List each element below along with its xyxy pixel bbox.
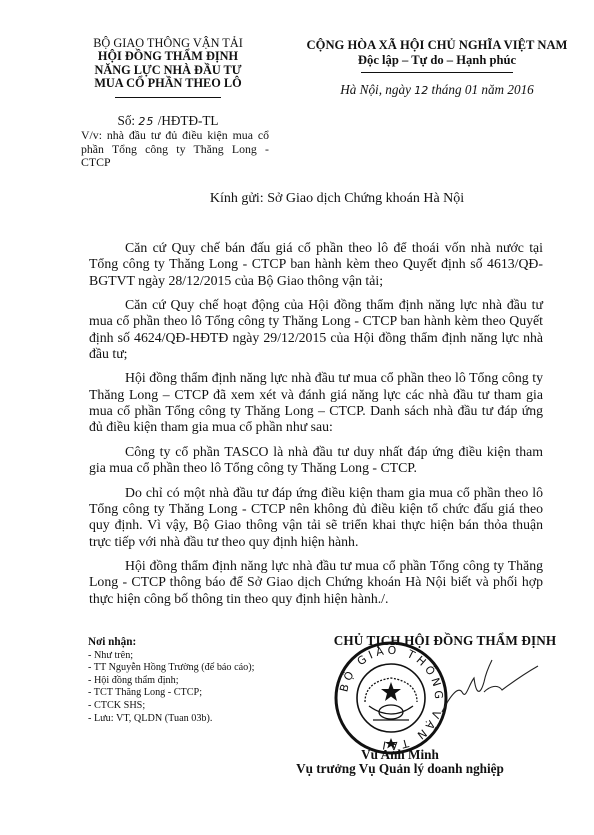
recipients-list: Nơi nhận: - Như trên; - TT Nguyễn Hồng T… <box>88 636 308 725</box>
recipient-item: - Lưu: VT, QLDN (Tuan 03b). <box>88 713 308 726</box>
number-prefix: Số: <box>118 113 136 128</box>
recipient-item: - Hội đồng thẩm định; <box>88 675 308 688</box>
addressee: Kính gửi: Sở Giao dịch Chứng khoán Hà Nộ… <box>80 191 594 207</box>
header-right-divider <box>361 72 513 73</box>
recipient-item: - Như trên; <box>88 650 308 663</box>
body-paragraph: Do chỉ có một nhà đầu tư đáp ứng điều ki… <box>89 485 543 550</box>
national-motto: Độc lập – Tự do – Hạnh phúc <box>280 53 594 68</box>
body-paragraph: Hội đồng thẩm định năng lực nhà đầu tư m… <box>89 370 543 435</box>
document-subject: V/v: nhà đầu tư đủ điều kiện mua cổ phần… <box>81 129 269 170</box>
header-left-divider <box>115 97 221 98</box>
date-line: Hà Nội, ngày 12 tháng 01 năm 2016 <box>280 82 594 98</box>
handwritten-day: 12 <box>414 84 428 97</box>
signatory-position: Vụ trưởng Vụ Quản lý doanh nghiệp <box>296 761 504 777</box>
national-header: CỘNG HÒA XÃ HỘI CHỦ NGHĨA VIỆT NAM Độc l… <box>280 38 594 73</box>
body-paragraph: Công ty cổ phần TASCO là nhà đầu tư duy … <box>89 444 543 477</box>
document-number: Số: 25 /HĐTĐ-TL <box>62 113 274 129</box>
council-name-line-1: HỘI ĐỒNG THẨM ĐỊNH <box>62 50 274 63</box>
date-suffix: tháng 01 năm 2016 <box>432 82 534 97</box>
recipient-item: - CTCK SHS; <box>88 700 308 713</box>
body-paragraph: Căn cứ Quy chế bán đấu giá cổ phần theo … <box>89 240 543 289</box>
issuing-authority: BỘ GIAO THÔNG VẬN TẢI HỘI ĐỒNG THẨM ĐỊNH… <box>62 37 274 98</box>
recipient-item: - TCT Thăng Long - CTCP; <box>88 687 308 700</box>
body-paragraph: Hội đồng thẩm định năng lực nhà đầu tư m… <box>89 558 543 607</box>
date-prefix: Hà Nội, ngày <box>340 82 411 97</box>
handwritten-number: 25 <box>138 115 154 128</box>
number-suffix: /HĐTĐ-TL <box>158 113 219 128</box>
handwritten-signature-icon <box>440 656 540 716</box>
body-paragraph: Căn cứ Quy chế hoạt động của Hội đồng th… <box>89 297 543 362</box>
official-stamp-icon: BỘ GIAO THÔNG VẬN TẢI <box>333 640 449 756</box>
recipients-title: Nơi nhận: <box>88 636 308 649</box>
recipient-item: - TT Nguyễn Hồng Trường (để báo cáo); <box>88 662 308 675</box>
council-name-line-3: MUA CỔ PHẦN THEO LÔ <box>62 77 274 90</box>
letter-body: Căn cứ Quy chế bán đấu giá cổ phần theo … <box>89 240 543 615</box>
nation-name: CỘNG HÒA XÃ HỘI CHỦ NGHĨA VIỆT NAM <box>280 38 594 53</box>
